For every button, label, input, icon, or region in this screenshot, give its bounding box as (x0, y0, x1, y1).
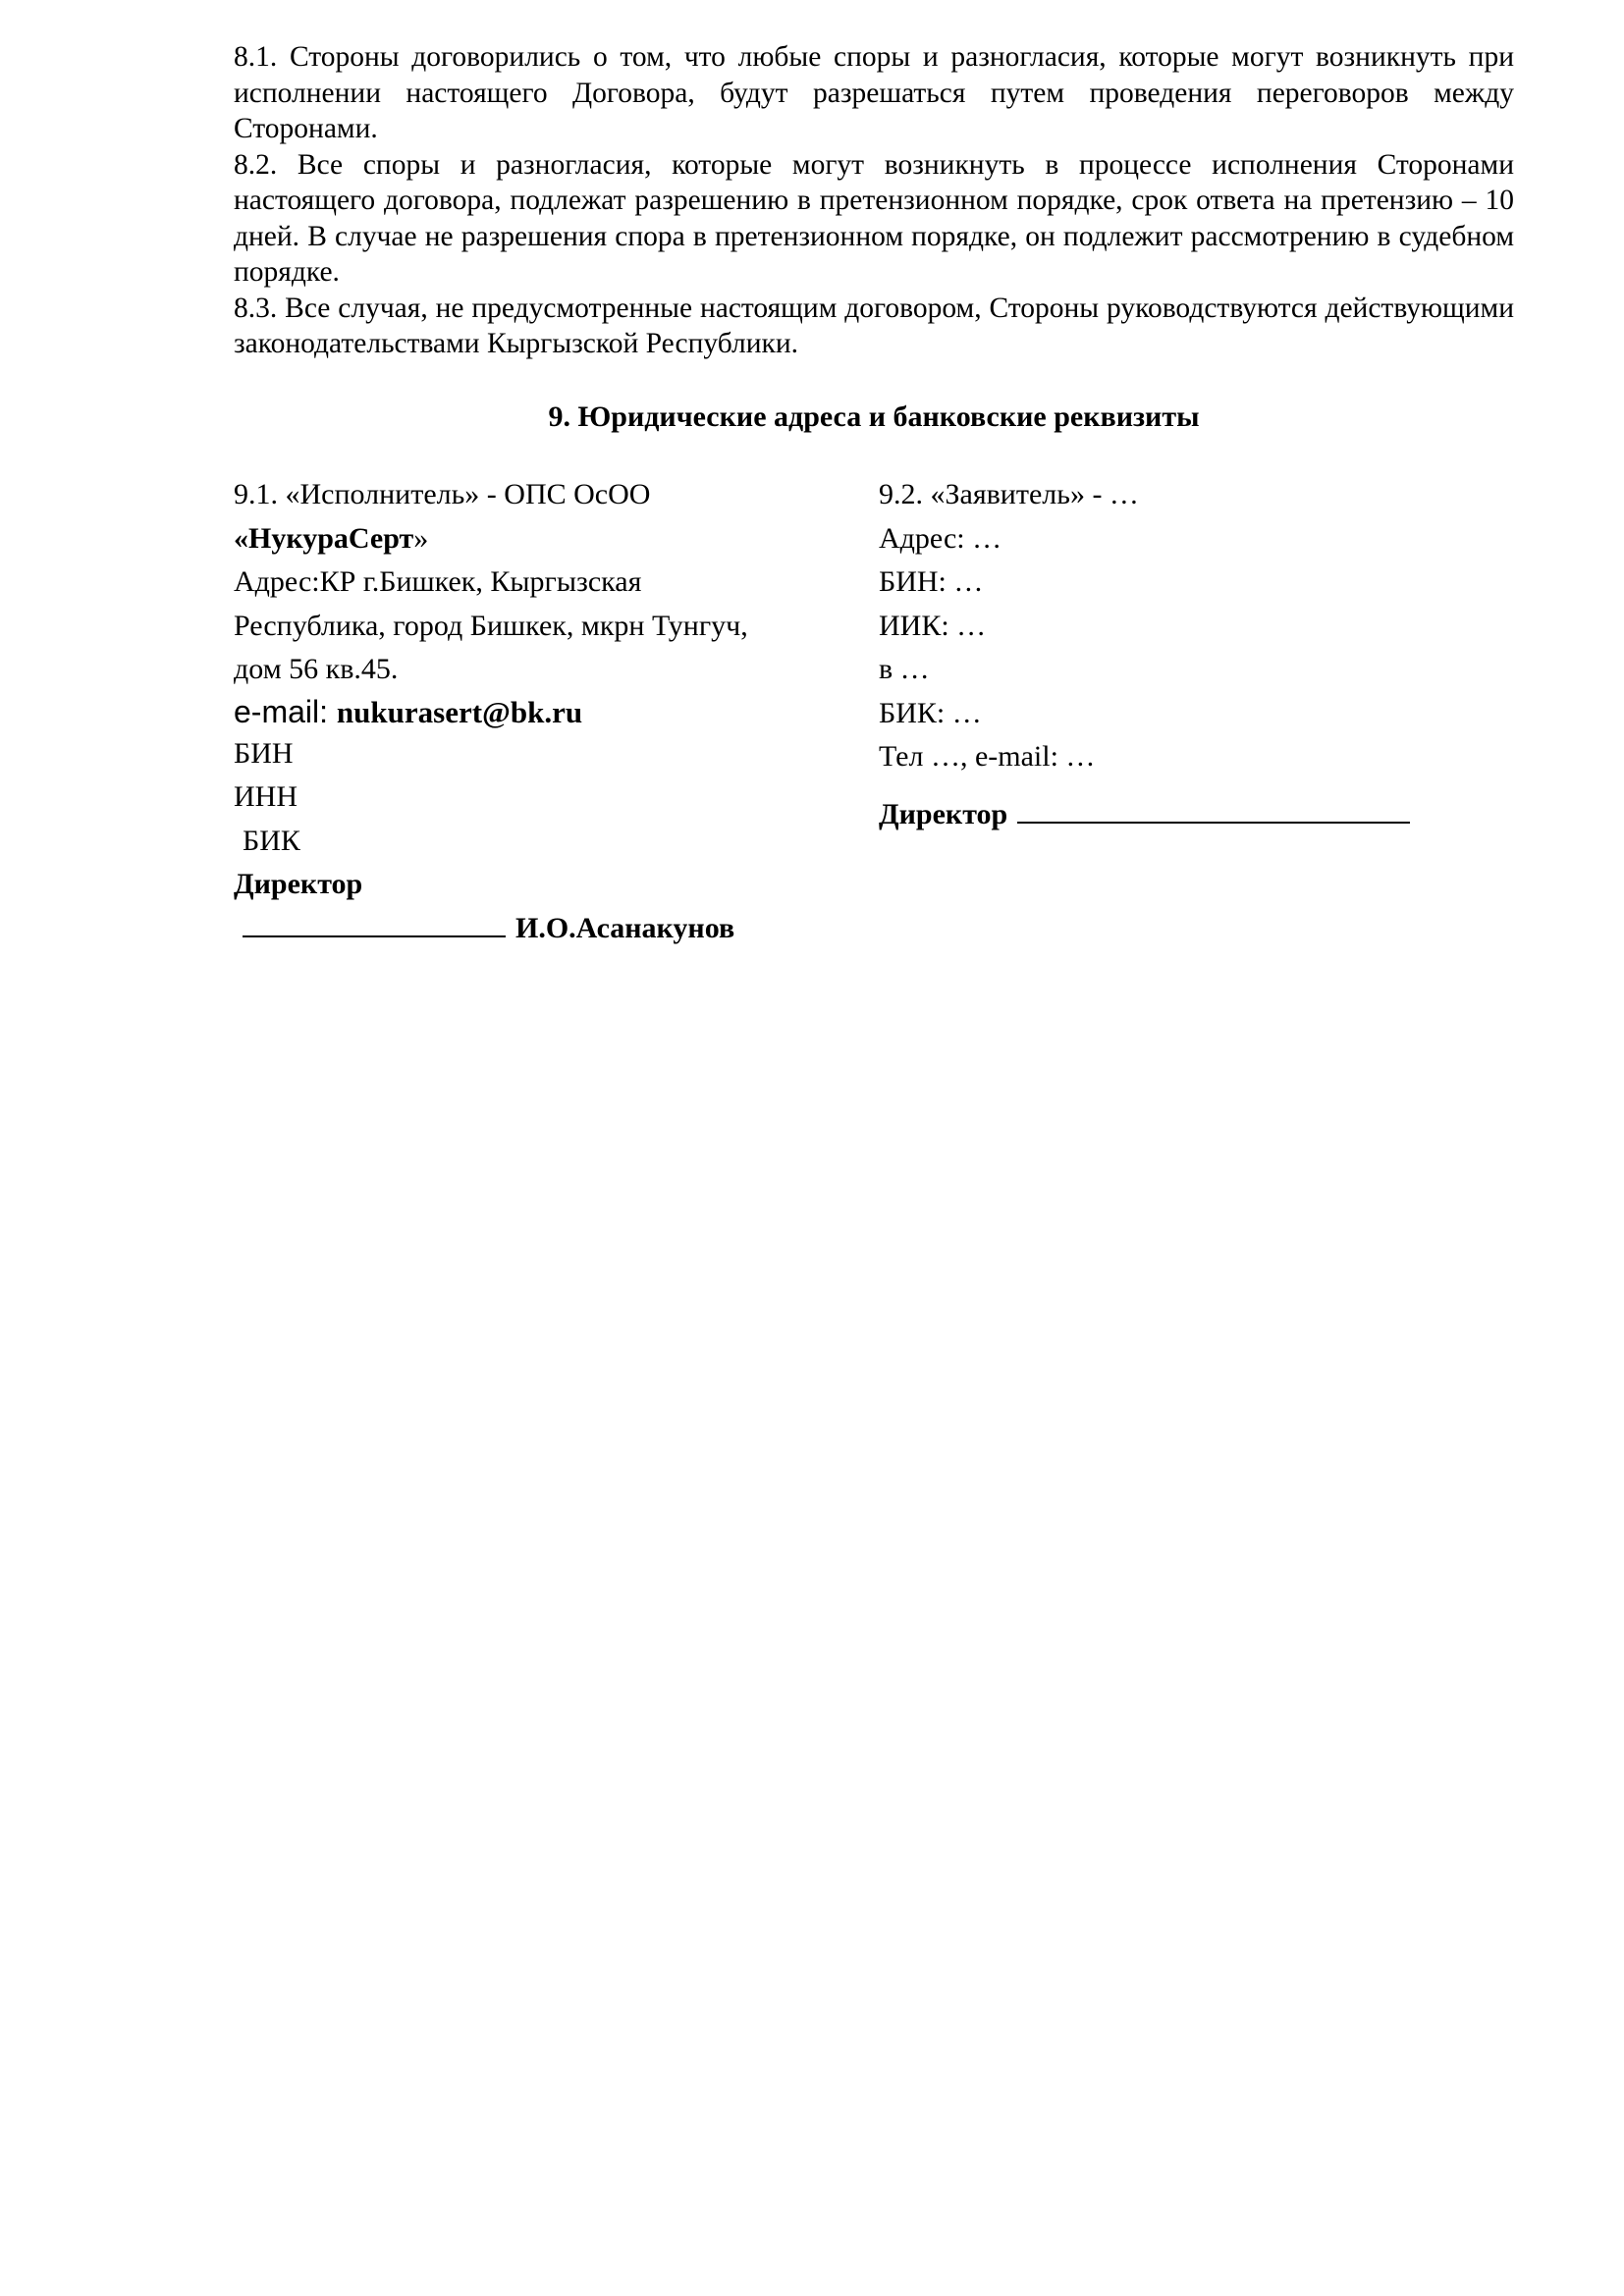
applicant-director-label: Директор (879, 798, 1007, 830)
document-page: 8.1. Стороны договорились о том, что люб… (234, 39, 1514, 435)
executor-title: 9.1. «Исполнитель» - ОПС ОсОО (234, 473, 862, 517)
executor-address-3: дом 56 кв.45. (234, 648, 862, 692)
executor-block: 9.1. «Исполнитель» - ОПС ОсОО «НукураСер… (234, 473, 862, 950)
executor-signature: И.О.Асанакунов (234, 907, 862, 951)
executor-email: e-mail: nukurasert@bk.ru (234, 692, 862, 732)
email-label: e-mail: (234, 694, 337, 729)
signature-line (243, 912, 506, 937)
director-name: И.О.Асанакунов (515, 912, 734, 944)
applicant-iik: ИИК: … (879, 605, 1507, 649)
spacer (879, 779, 1507, 793)
applicant-bin: БИН: … (879, 561, 1507, 605)
applicant-block: 9.2. «Заявитель» - … Адрес: … БИН: … ИИК… (879, 473, 1507, 836)
signature-line (1017, 798, 1410, 824)
applicant-bank: в … (879, 648, 1507, 692)
applicant-signature: Директор (879, 793, 1507, 837)
applicant-contacts: Тел …, e-mail: … (879, 735, 1507, 779)
applicant-address: Адрес: … (879, 517, 1507, 561)
executor-bik: БИК (234, 820, 862, 864)
email-value[interactable]: nukurasert@bk.ru (337, 695, 582, 729)
applicant-bik: БИК: … (879, 692, 1507, 736)
executor-bin: БИН (234, 732, 862, 776)
company-name: НукураСерт (248, 522, 413, 555)
section-9-heading: 9. Юридические адреса и банковские рекви… (234, 400, 1514, 435)
quote-close: » (413, 522, 428, 555)
executor-company: «НукураСерт» (234, 517, 862, 561)
clause-8-3: 8.3. Все случая, не предусмотренные наст… (234, 291, 1514, 362)
clause-8-1: 8.1. Стороны договорились о том, что люб… (234, 39, 1514, 147)
executor-inn: ИНН (234, 775, 862, 820)
applicant-title: 9.2. «Заявитель» - … (879, 473, 1507, 517)
executor-address-2: Республика, город Бишкек, мкрн Тунгуч, (234, 605, 862, 649)
quote-open: « (234, 522, 248, 555)
clause-8-2: 8.2. Все споры и разногласия, которые мо… (234, 147, 1514, 291)
executor-address-1: Адрес:КР г.Бишкек, Кыргызская (234, 561, 862, 605)
executor-director-label: Директор (234, 863, 862, 907)
